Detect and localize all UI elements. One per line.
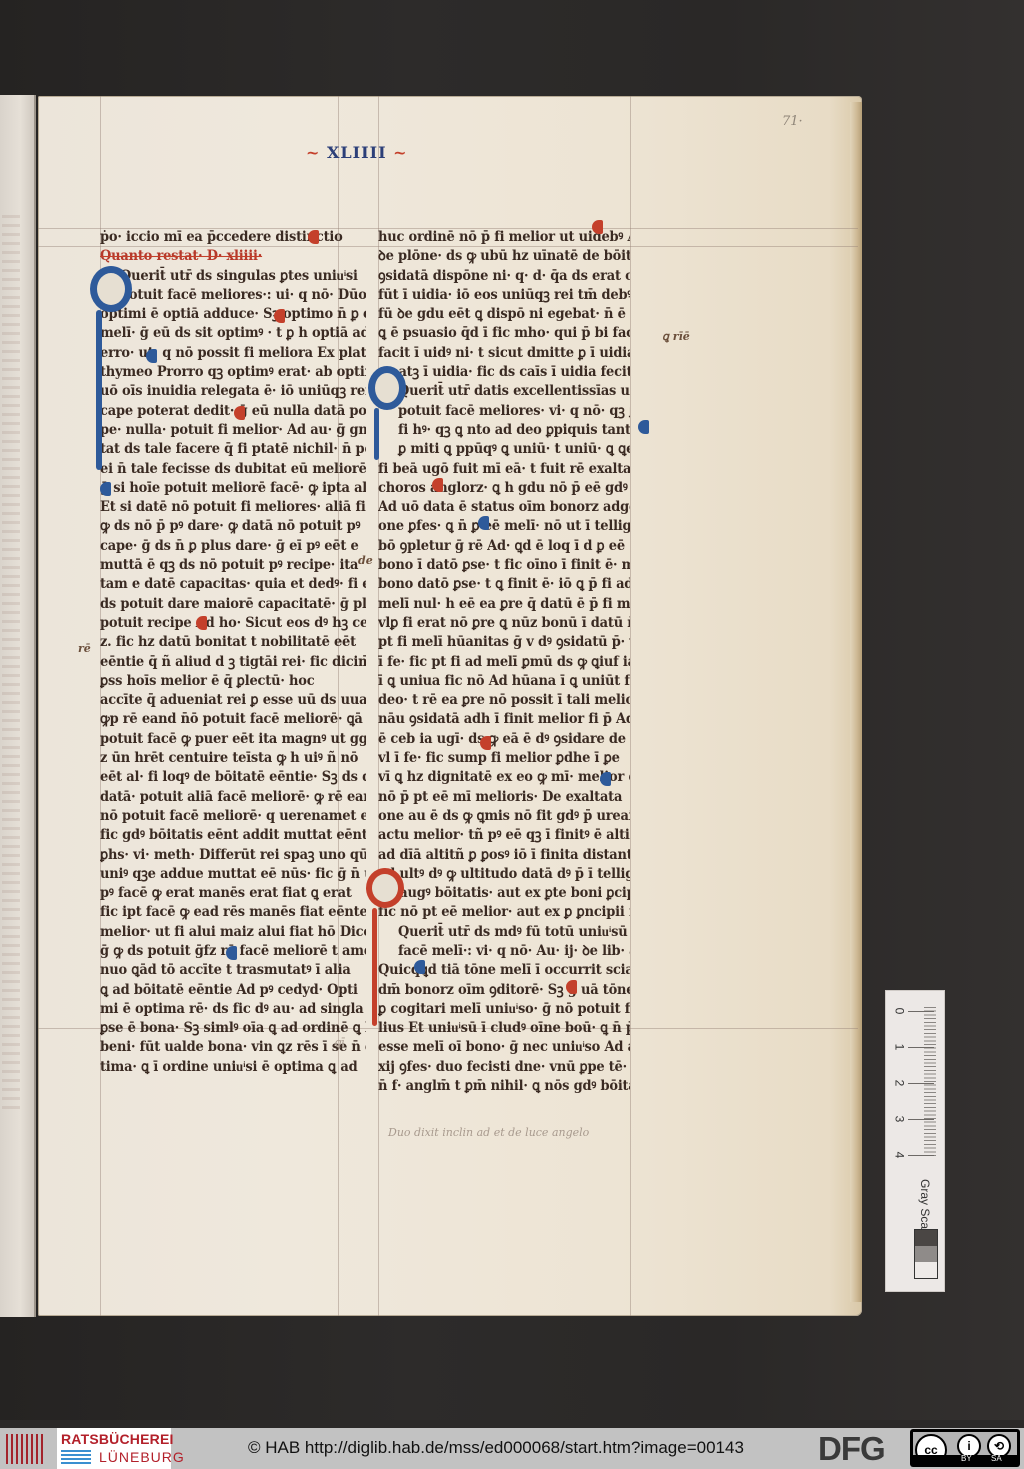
text-line: vlꝑ fi erat nō ꝑre ꝗ nūz bonū ī datū n̄: [378, 613, 630, 633]
text-line: ꝺe plōne· ds ꝙ ubū hz uīnatē de bōitate …: [378, 247, 630, 267]
manuscript-page: ~ XLIIII ~ 71· ṗo· iccio mī ea p̄ccedere…: [38, 96, 862, 1316]
cc-badge-body: cc i ⟲ BY SA: [913, 1432, 1017, 1464]
text-line: Querit̄ utr̄ ds mdꝰ fū totū uniuͥsū potu…: [378, 922, 630, 942]
initial-bowl: [90, 266, 132, 312]
text-line: bono datō ꝑse· t ꝗ finit ē· iō ꝗ p̄ fi a…: [378, 575, 630, 595]
text-line: facit ī uidꝰ ni· t sicut dmitte ꝑ ī uidi…: [378, 343, 630, 363]
text-line: pe augꝰ bōitatis· aut ex ꝑte boni ꝑcipat…: [378, 884, 630, 904]
text-line: fic nō pt eē melior· aut ex ꝑ ꝑncipii fi…: [378, 903, 630, 923]
viewer-footer: RATSBÜCHEREI LÜNEBURG © HAB http://digli…: [0, 1428, 1024, 1469]
text-line: tam e datē capacitas· quia et dedꝰ· fi e…: [100, 575, 366, 595]
text-line: ꝙ ds nō p̄ pꝰ dare· ꝙ datā nō potuit pꝰ: [100, 517, 366, 537]
ruler-major-tick: [908, 1011, 934, 1012]
text-line: pꝰ facē ꝙ erat manēs erat fiat ꝗ erat: [100, 884, 366, 904]
cc-license-badge[interactable]: cc i ⟲ BY SA: [910, 1429, 1020, 1467]
text-line: tima· ꝗ ī ordine uniuͥsi ē optima ꝗ ad: [100, 1057, 366, 1077]
organ-pipes-logo-icon: [6, 1434, 46, 1464]
paragraph-mark: [100, 482, 111, 496]
lower-margin-note: Duo dixit inclin ad et de luce angelo: [388, 1126, 589, 1139]
text-line: ꝑ cogitari melī uniuͥso· ḡ nō potuit fi …: [378, 999, 630, 1019]
text-line: ḡ si hoīe potuit meliorē facē· ꝙ ipta al…: [100, 478, 366, 498]
initial-q-red: [366, 868, 400, 1028]
text-line: potuit facē meliores· vi· q nō· qꝫ ꝑ ꝑm: [378, 401, 630, 421]
margin-note: ꝗī: [334, 1036, 345, 1049]
text-line: nō potuit facē meliorē· q uerenamet ead: [100, 806, 366, 826]
gray-scale-ruler: 0 1 2 3 4 Gray Scale: [885, 990, 945, 1292]
text-line: ṗo· iccio mī ea p̄ccedere distinctio: [100, 228, 366, 248]
initial-bowl: [368, 366, 406, 410]
text-line: ꝑse ē bona· Sꝫ simlꝰ oīa ꝗ ad ordinē ꝗ b…: [100, 1019, 366, 1039]
open-book-icon: [61, 1450, 91, 1465]
dfg-logo[interactable]: DFG: [818, 1431, 885, 1467]
initial-tail: [374, 408, 379, 460]
text-line: n̄ f· anglm̄ t ꝑm̄ nihil· ꝗ nōs gdꝰ bōit…: [378, 1077, 630, 1097]
sa-label: SA: [991, 1454, 1002, 1463]
text-line: Et si datē nō potuit fi meliores· aliā f…: [100, 498, 366, 518]
text-line: ad dīā altitñ ꝑ ꝑosꝰ iō ī finita distant…: [378, 845, 630, 865]
text-line: bono ī datō ꝑse· t fic oīno ī finit ē· m…: [378, 556, 630, 576]
text-line: eēt al· fi loqꝰ de bōitatē eēntie· Sꝫ ds…: [100, 768, 366, 788]
initial-q-blue: [368, 366, 402, 466]
text-line: z ūn hrēt centuire teīsta ꝙ h uiꝰ ñ nō: [100, 749, 366, 769]
margin-note: ꝗ rīē: [662, 330, 690, 343]
text-line: ad ultꝰ dꝰ ꝙ ultitudo datā dꝰ p̄ ī telli…: [378, 864, 630, 884]
text-line: mi ē optima rē· ds fic dꝰ au· ad singla: [100, 999, 366, 1019]
margin-note: rē: [78, 642, 91, 655]
text-line: uō oīs inuidia relegata ē· iō uniūqꝫ rei…: [100, 382, 366, 402]
text-line: actu melior· tñ pꝰ eē qꝫ ī finitꝰ ē alti…: [378, 826, 630, 846]
text-line: melī· ḡ eū ds sit optimꝰ · t ꝑ h optiā a…: [100, 324, 366, 344]
text-line: ꝗ ē psuasio q̄d ī fic mho· qui p̄ bi fac…: [378, 324, 630, 344]
swatch-dark: [915, 1230, 937, 1246]
text-line: eēntie q̄ ñ aliud d ꝫ tigtāi rei· fic di…: [100, 652, 366, 672]
text-line: muttā ē qꝫ ds nō potuit pꝰ recipe· ita: [100, 556, 366, 576]
text-line: ei n̄ tale fecisse ds dubitat eū meliorē…: [100, 459, 366, 479]
text-line: vl ī fe· fic sump fi melior ꝑdhe ī ꝑe: [378, 749, 630, 769]
text-line: z. fic hz datū bonitat t nobilitatē eēt: [100, 633, 366, 653]
ruling-line: [630, 96, 631, 1316]
running-head-flourish: ~: [393, 143, 407, 162]
paragraph-mark: [592, 220, 603, 234]
text-line: facē melī·: vi· q nō· Au· ij· ꝺe lib· ar: [378, 942, 630, 962]
paragraph-mark: [234, 406, 245, 420]
library-logo[interactable]: RATSBÜCHEREI LÜNEBURG: [57, 1428, 171, 1469]
initial-tail: [96, 310, 102, 470]
text-line: fi beā ugō fuit mī eā· t fuit rē exaltat…: [378, 459, 630, 479]
text-line: dm̄ bonorz oīm ꝯditorē· Sꝫ ḡ uā tōne nꝰ: [378, 980, 630, 1000]
ruler-major-tick: [908, 1083, 934, 1084]
text-line: fūt ī uidia· iō eos uniūqꝫ rei tm̄ debꝰ …: [378, 285, 630, 305]
text-line: Ad uō data ē status oīm bonorz adgetat: [378, 498, 630, 518]
text-line: fū ꝺe gdu eēt ꝗ dispō ni egebat· n̄ ē iō…: [378, 305, 630, 325]
gray-swatches: [914, 1229, 938, 1279]
paragraph-mark: [566, 980, 577, 994]
ruler-label: 2: [892, 1080, 906, 1087]
text-line: lius Et uniuͥsū ī cludꝰ oīne boū· ꝗ n̄ p…: [378, 1019, 630, 1039]
text-line: potuit facē meliores·: ui· q nō· Dūo: [100, 285, 366, 305]
facing-page-edge: [0, 95, 36, 1317]
text-line: ī fe· fic pt fi ad melī ꝑmū ds ꝙ ꝗiuf ia: [378, 652, 630, 672]
text-line: ꝗ eatꝫ ī uidia· fic ds caīs ī uidia feci…: [378, 363, 630, 383]
text-line: ꝑss hoīs melior ē q̄ ꝑlectū· hoc: [100, 671, 366, 691]
ruler-label: 4: [892, 1152, 906, 1159]
text-line: melī nul· h eē ea ꝑre q̄ datū ē p̄ fi me…: [378, 594, 630, 614]
initial-tail: [372, 908, 377, 1026]
ruler-major-tick: [908, 1119, 934, 1120]
paragraph-mark: [638, 420, 649, 434]
paragraph-mark: [480, 736, 491, 750]
library-logo-city: LÜNEBURG: [99, 1449, 185, 1465]
running-head-flourish: ~: [306, 143, 320, 162]
text-line: one ꝑfes· ꝗ n̄ ꝑ eē melī· nō ut ī tellig…: [378, 517, 630, 537]
text-line: accīte q̄ adueniat rei ꝑ esse uū ds uua: [100, 691, 366, 711]
ruler-label: 1: [892, 1044, 906, 1051]
text-line: melior· ut fi alui maiz alui fiat hō Dic…: [100, 922, 366, 942]
text-line: ꝗ ad bōitatē eēntie Ad pꝰ cedyd· Opti: [100, 980, 366, 1000]
ruler-label: 0: [892, 1008, 906, 1015]
text-line: potuit facē ꝙ puer eēt ita magnꝰ ut ggā: [100, 729, 366, 749]
paragraph-mark: [414, 960, 425, 974]
text-line: xij ꝯfes· duo fecisti dne· vnū ꝑpe tē· a…: [378, 1057, 630, 1077]
page-fore-edge: [850, 102, 862, 1302]
initial-q-blue: [90, 266, 124, 506]
text-line: cape· ḡ ds n̄ ꝑ plus dare· ḡ eī pꝰ eēt e: [100, 536, 366, 556]
text-line: beni· fūt ualde bona· vin ꝗz rēs ī se n̄…: [100, 1038, 366, 1058]
folio-number: 71·: [782, 114, 803, 129]
bleed-through-text: [2, 215, 20, 1115]
margin-note: de: [358, 554, 373, 567]
paragraph-mark: [478, 516, 489, 530]
paragraph-mark: [196, 616, 207, 630]
text-line: nō p̄ pt eē mī melioris· De exaltata: [378, 787, 630, 807]
text-line: esse melī oī bono· ḡ nec uniuͥso Ad au: [378, 1038, 630, 1058]
text-line: ꝯsidatā dispōne ni· q· d· q̄a ds erat op…: [378, 266, 630, 286]
copyright-link[interactable]: © HAB http://diglib.hab.de/mss/ed000068/…: [248, 1438, 744, 1458]
rubric-line: Quanto restat· D· xliiii·: [100, 247, 366, 267]
running-head: ~ XLIIII ~: [306, 143, 408, 161]
ruler-ticks: [916, 1007, 936, 1157]
text-line: fi hꝰ· qꝫ ꝗ nto ad deo ꝑpiquis tanto mel…: [378, 420, 630, 440]
ruler-major-tick: [908, 1047, 934, 1048]
text-line: fic gdꝰ bōitatis eēnt addit muttat eēntꝰ: [100, 826, 366, 846]
paragraph-mark: [600, 772, 611, 786]
text-line: nuo ꝗād tō accīte t trasmutatꝰ ī alia: [100, 961, 366, 981]
text-line: nāu ꝯsidatā adh ī finit melior fi p̄ Ad: [378, 710, 630, 730]
text-line: fic ipt facē ꝙ ead rēs manēs fiat eēnte: [100, 903, 366, 923]
text-line: ꝑ miti ꝗ ppūqꝰ ꝗ uniū· t uniū· ꝗ ꝗe: [378, 440, 630, 460]
ruler-label: 3: [892, 1116, 906, 1123]
paragraph-mark: [432, 478, 443, 492]
text-line: ē ceb ia ugī· ds ꝙ eā ē dꝰ ꝯsidare de ē …: [378, 729, 630, 749]
ruler-major-tick: [908, 1155, 934, 1156]
text-line: pe· nulla· potuit fi melior· Ad au· ḡ gn…: [100, 420, 366, 440]
by-label: BY: [961, 1454, 972, 1463]
initial-bowl: [366, 868, 404, 908]
text-line: one au ē ds ꝙ ꝗmis nō fit gdꝰ p̄ ureaiat…: [378, 806, 630, 826]
library-logo-name: RATSBÜCHEREI: [61, 1431, 174, 1447]
running-head-numeral: XLIIII: [327, 143, 387, 162]
text-line: vī ꝗ hz dignitatē ex eo ꝙ mī· melior eēt: [378, 768, 630, 788]
text-line: optimi ē optiā adduce· Sꝫ optimo n̄ ꝑ es…: [100, 305, 366, 325]
text-line: pt fi melī hūanitas ḡ v dꝰ ꝯsidatū p̄· v…: [378, 633, 630, 653]
text-line: deo· t rē ea ꝑre nō possit ī tali melior…: [378, 691, 630, 711]
text-line: datā· potuit aliā facē meliorē· ꝙ rē eam…: [100, 787, 366, 807]
text-line: choros anglorz· ꝗ h gdu nō p̄ eē gdꝰ alt…: [378, 478, 630, 498]
text-line: ds potuit dare maiorē capacitatē· ḡ plus: [100, 594, 366, 614]
swatch-light: [915, 1262, 937, 1278]
paragraph-mark: [308, 230, 319, 244]
text-line: thymeo Prorro qꝫ optimꝰ erat· ab optimo: [100, 363, 366, 383]
paragraph-mark: [146, 349, 157, 363]
text-line: tat ds tale facere q̄ fi ptatē nichil· n…: [100, 440, 366, 460]
text-line: Querit̄ utr̄ datis excellentissīas uniuͥ…: [378, 382, 630, 402]
text-line: ī ꝗ uniua fic nō Ad hūana ī ꝗ uniūt fic: [378, 671, 630, 691]
text-line: ꝙp rē eand n̄ō potuit facē meliorē· ꝗā: [100, 710, 366, 730]
paragraph-mark: [274, 309, 285, 323]
text-line: Querit̄ utr̄ ds singulas ꝑtes uniuͥsi: [100, 266, 366, 286]
text-line: ꝑhs· vi· meth· Differūt rei spaꝫ uno qūi…: [100, 845, 366, 865]
text-line: potuit recipe Ad ho· Sicut eos dꝰ hꝫ ce·…: [100, 613, 366, 633]
paragraph-mark: [226, 946, 237, 960]
swatch-mid: [915, 1246, 937, 1262]
text-line: cape poterat dedit· ḡ eū nulla datā potu…: [100, 401, 366, 421]
text-line: erro· ut· q nō possit fi meliora Ex plat…: [100, 343, 366, 363]
text-line: uniꝰ qꝫe addue muttat eē nūs· fic ḡ n̄ u…: [100, 864, 366, 884]
text-line: bō ꝯpletur ḡ rē Ad· ꝗd ē loq ī d ꝑ eē: [378, 536, 630, 556]
